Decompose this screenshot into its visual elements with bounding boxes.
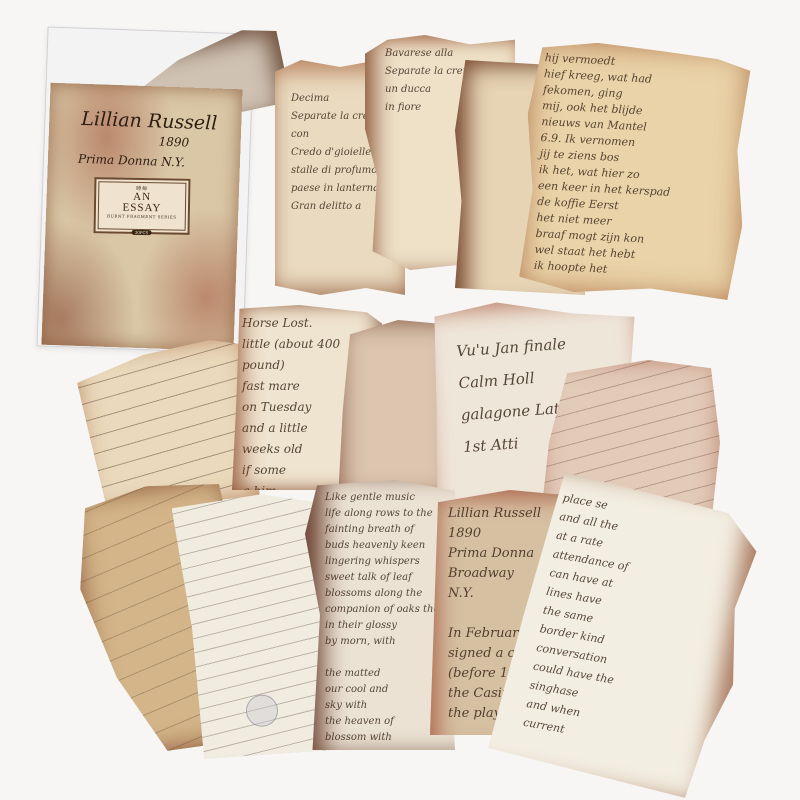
card-year: 1890 [158,135,189,150]
product-label: 睡鲸 AN ESSAY BURNT FRAGMENT SERIES 30PCS [94,177,191,235]
card-line: Prima Donna N.Y. [78,152,185,170]
product-photo: Lillian Russell 1890 Prima Donna N.Y. 睡鲸… [0,0,800,800]
label-count: 30PCS [132,230,152,235]
card-signature: Lillian Russell [81,108,218,135]
fragment-dutch-letter: hij vermoedt hief kreeg, wat had fekomen… [519,39,752,300]
label-series: BURNT FRAGMENT SERIES [96,213,188,220]
fragment-text: hij vermoedt hief kreeg, wat had fekomen… [519,39,752,300]
